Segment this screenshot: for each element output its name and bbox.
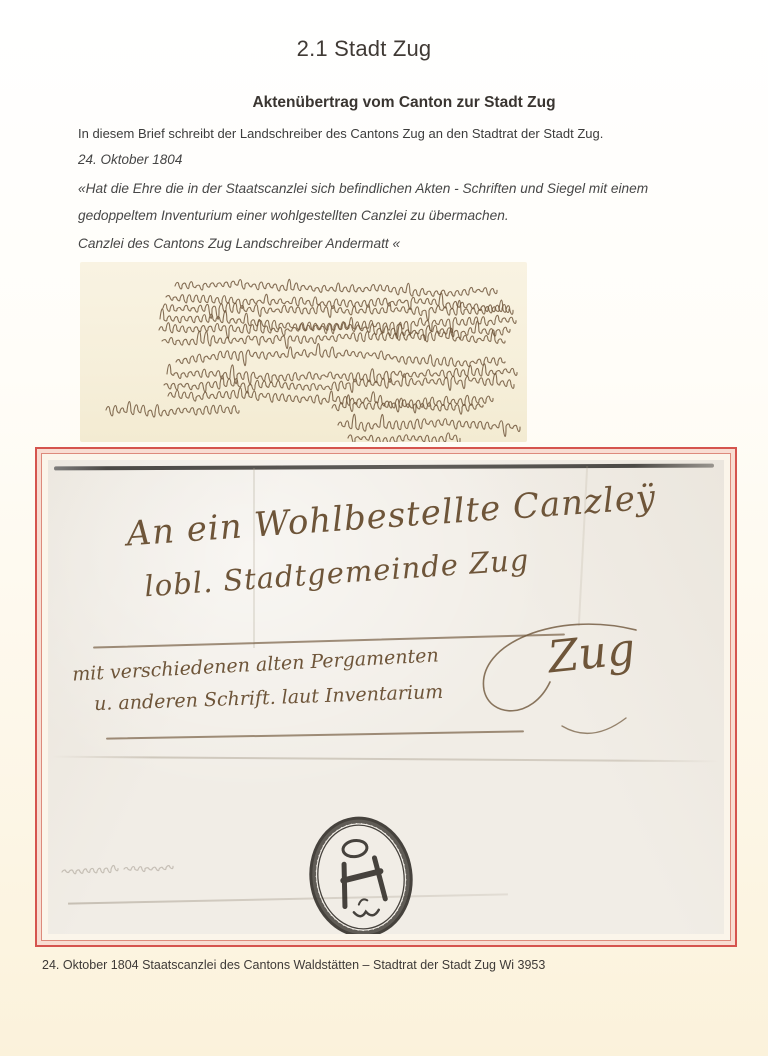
ink-rule-bottom — [106, 730, 524, 739]
letter-cover: An ein Wohlbestellte Canzleÿ lobl. Stadt… — [48, 460, 724, 934]
pencil-marks — [58, 858, 198, 890]
section-subtitle: Aktenübertrag vom Canton zur Stadt Zug — [40, 94, 768, 112]
caption: 24. Oktober 1804 Staatscanzlei des Canto… — [42, 958, 545, 972]
crease-line — [68, 893, 508, 904]
quote-line-1: «Hat die Ehre die in der Staatscanzlei s… — [78, 181, 728, 196]
cover-frame-inner: An ein Wohlbestellte Canzleÿ lobl. Stadt… — [41, 453, 731, 941]
handwritten-note-line2: u. anderen Schrift. laut Inventarium — [94, 681, 444, 715]
handwritten-paraph-zug: Zug — [546, 624, 638, 684]
handwritten-address-line1: An ein Wohlbestellte Canzleÿ — [125, 478, 657, 555]
handwritten-note-line1: mit verschiedenen alten Pergamenten — [72, 644, 440, 685]
fold-shadow — [54, 464, 714, 471]
seal-stamp-icon — [301, 812, 421, 934]
manuscript-scan — [80, 262, 527, 442]
exhibit-page: 2.1 Stadt Zug Aktenübertrag vom Canton z… — [0, 0, 768, 1056]
cover-frame: An ein Wohlbestellte Canzleÿ lobl. Stadt… — [35, 447, 737, 947]
date-line: 24. Oktober 1804 — [78, 152, 182, 167]
manuscript-handwriting-lines — [80, 262, 527, 442]
intro-text: In diesem Brief schreibt der Landschreib… — [78, 126, 718, 141]
quote-line-2: gedoppeltem Inventurium einer wohlgestel… — [78, 208, 728, 223]
quote-line-3: Canzlei des Cantons Zug Landschreiber An… — [78, 236, 728, 251]
handwritten-address-line2: lobl. Stadtgemeinde Zug — [143, 543, 530, 604]
crease-line — [52, 756, 720, 763]
page-title: 2.1 Stadt Zug — [0, 36, 728, 62]
crease-line — [253, 468, 255, 648]
